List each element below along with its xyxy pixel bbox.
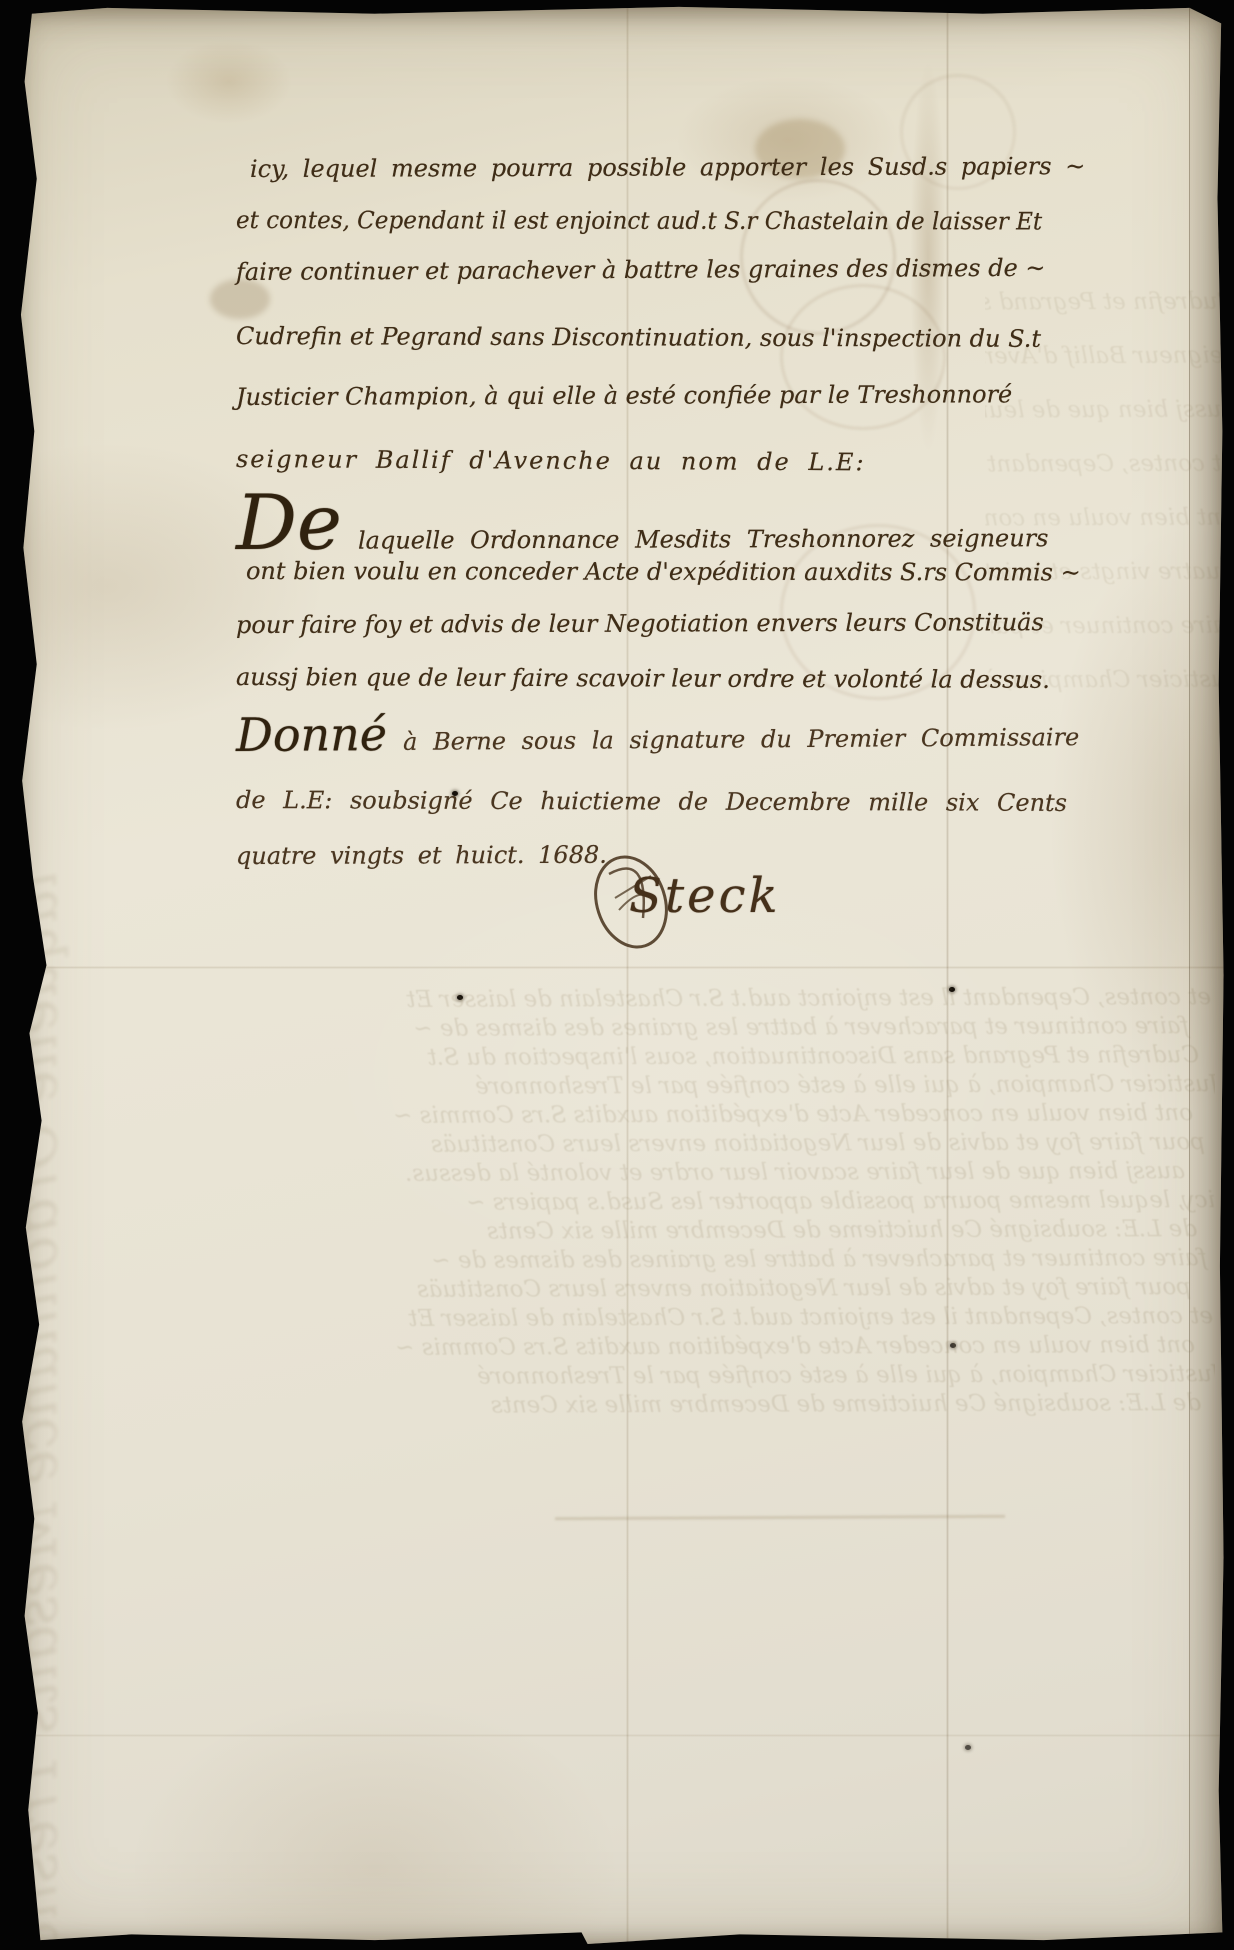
manuscript-line: Donné à Berne sous la signature du Premi… (236, 716, 1079, 757)
manuscript-line: pour faire foy et advis de leur Negotiat… (236, 608, 1044, 639)
manuscript-line: et contes, Cependant il est enjoinct aud… (236, 206, 1042, 235)
manuscript-line: De laquelle Ordonnance Mesdits Treshonno… (236, 497, 1049, 555)
photograph-backdrop: laquelle Ordonnance Mesdits Treshonnorez… (0, 0, 1234, 1950)
signature-name: Steck (629, 868, 781, 924)
manuscript-line: Cudrefin et Pegrand sans Discontinuation… (236, 322, 1041, 353)
lead-line-rest: à Berne sous la signature du Premier Com… (403, 723, 1079, 756)
manuscript-line: aussj bien que de leur faire scavoir leu… (236, 663, 1050, 694)
manuscript-line: de L.E: soubsigné Ce huictieme de Decemb… (236, 786, 1067, 817)
manuscript-line: quatre vingts et huict. 1688. (236, 841, 607, 870)
manuscript-line: seigneur Ballif d'Avenche au nom de L.E: (236, 445, 866, 476)
lead-line-rest: laquelle Ordonnance Mesdits Treshonnorez… (358, 524, 1049, 554)
manuscript-line: ont bien voulu en conceder Acte d'expédi… (246, 557, 1081, 586)
drop-cap: Donné (236, 721, 387, 750)
manuscript-line: icy, lequel mesme pourra possible apport… (250, 152, 1085, 183)
signature: Steck (585, 840, 815, 960)
manuscript-line: faire continuer et parachever à battre l… (236, 254, 1046, 286)
drop-cap: De (236, 500, 342, 546)
manuscript-line: Justicier Champion, à qui elle à esté co… (236, 380, 1012, 411)
letter-text-layer: icy, lequel mesme pourra possible apport… (0, 0, 1234, 1950)
